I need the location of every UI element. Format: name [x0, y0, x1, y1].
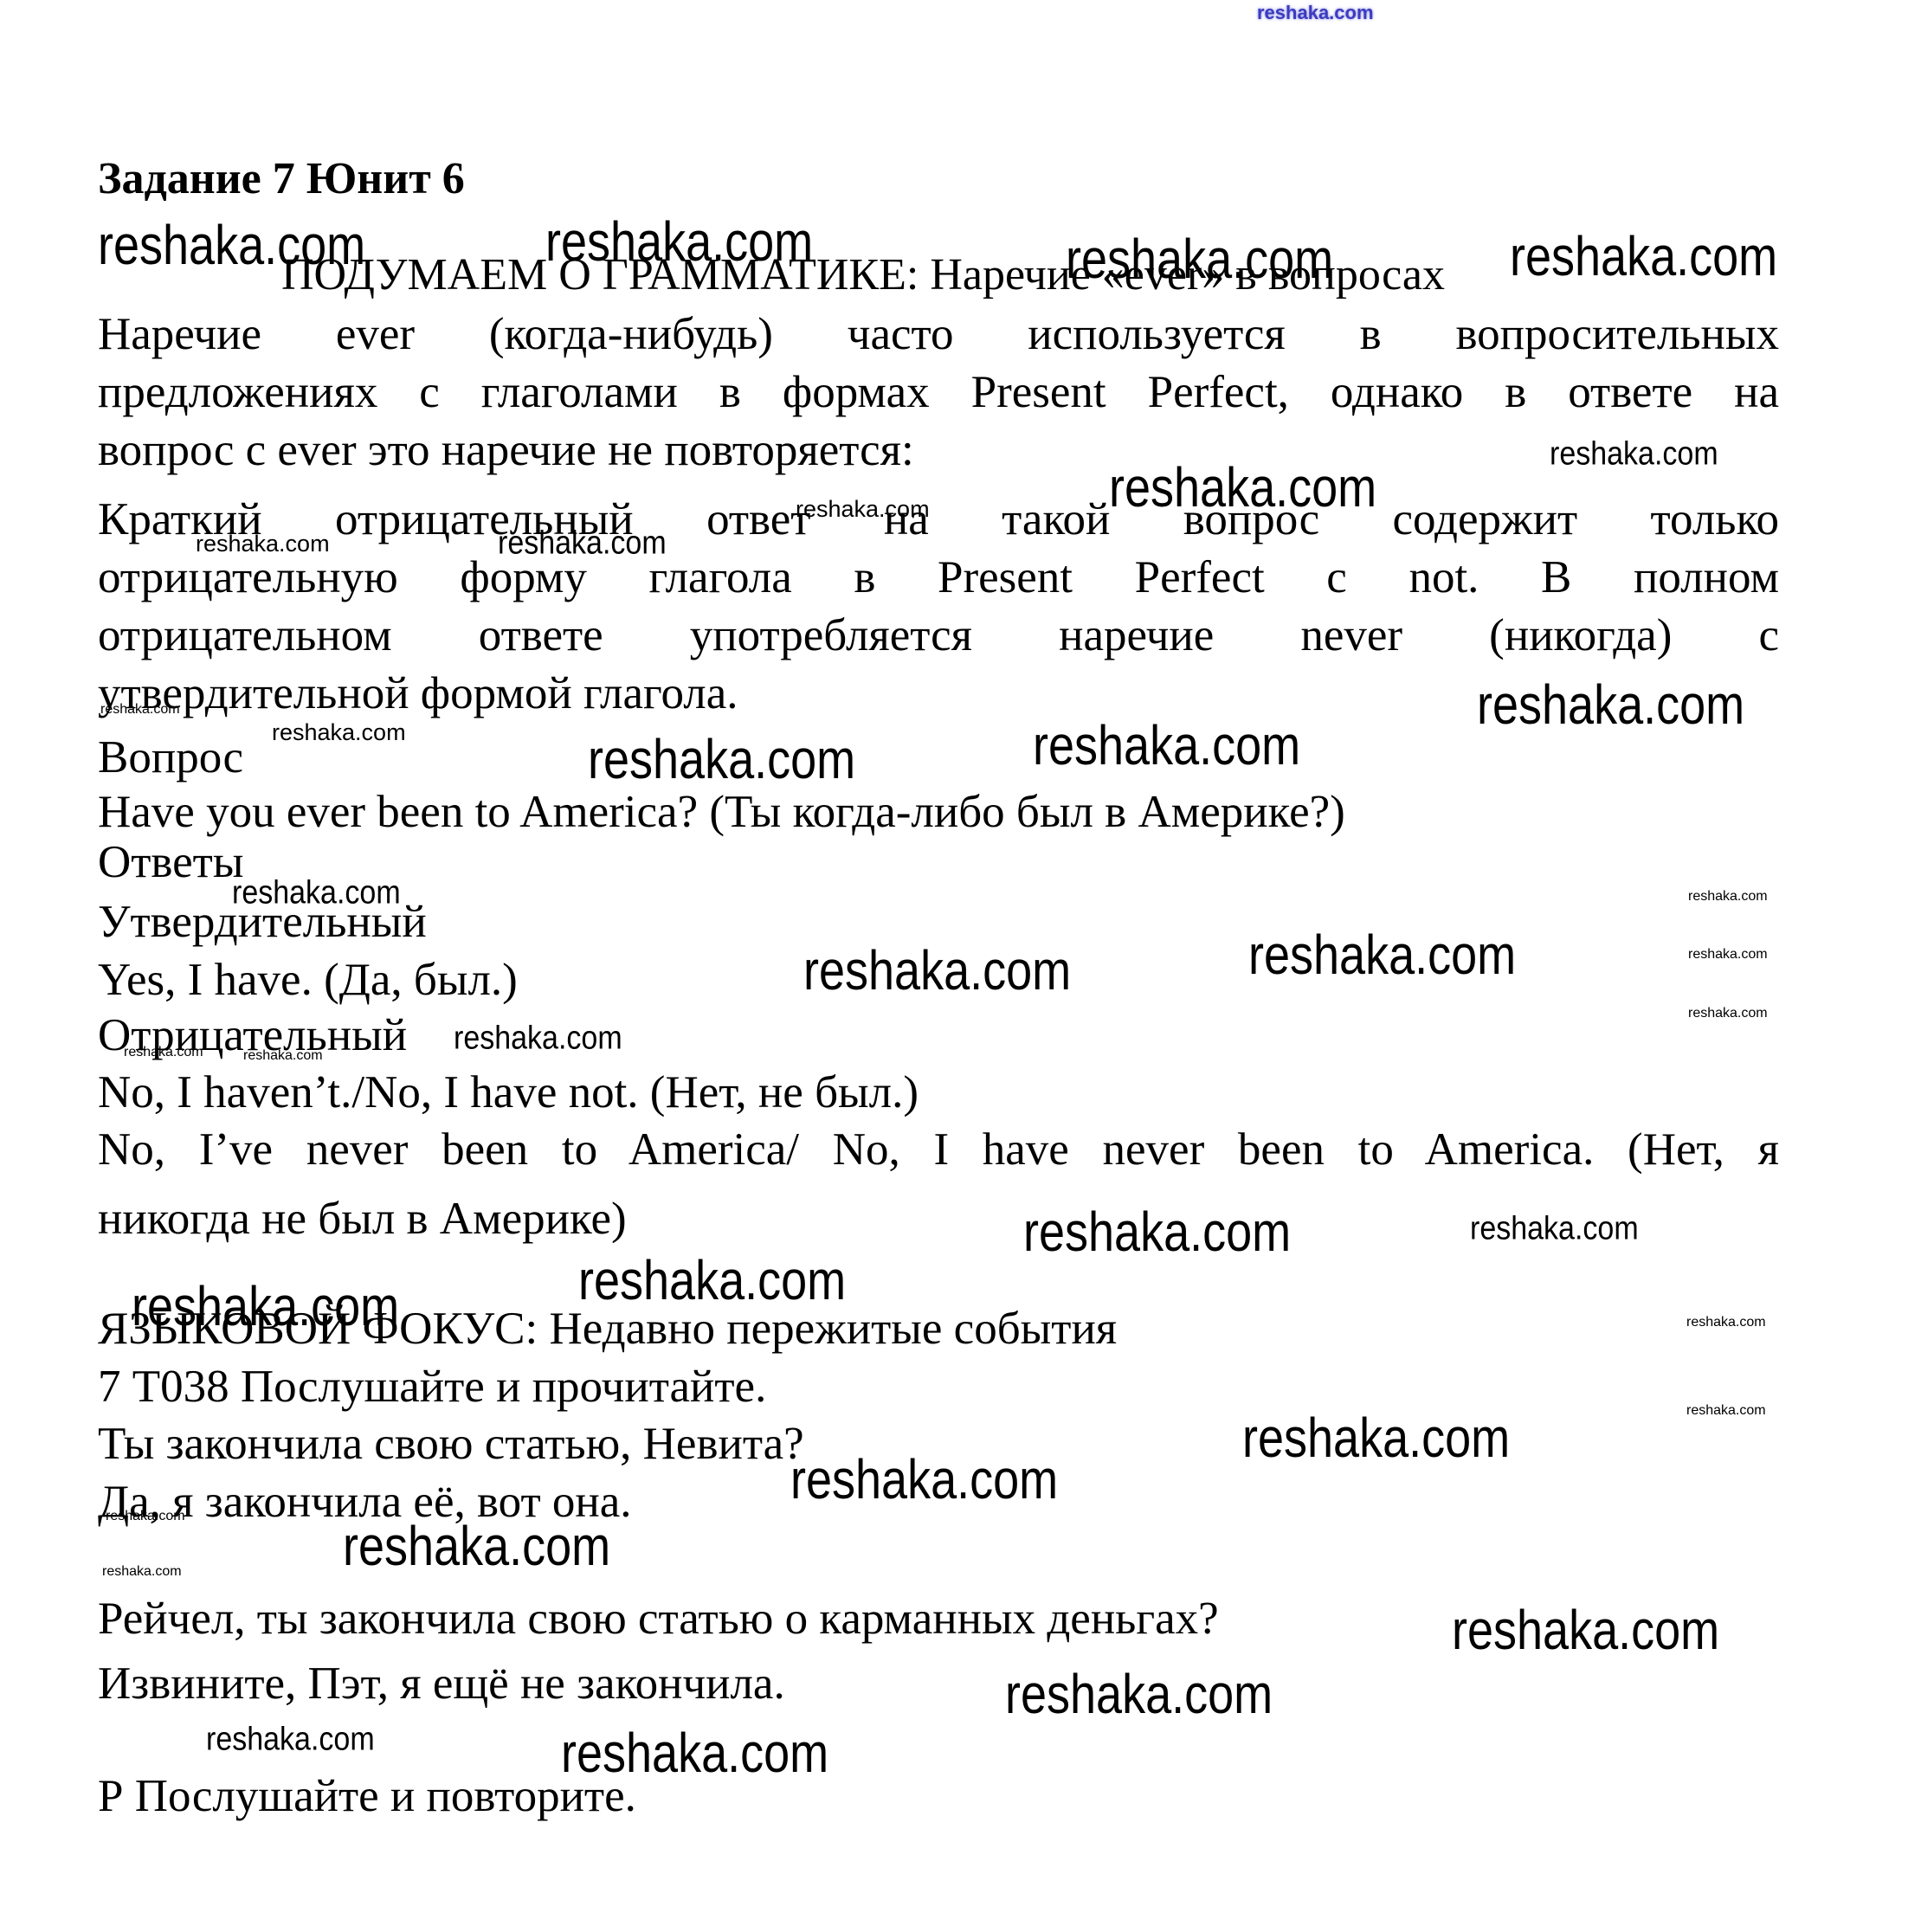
text-line: Извините, Пэт, я ещё не закончила.: [98, 1658, 1779, 1710]
text-line: Have you ever been to America? (Ты когда…: [98, 786, 1779, 839]
text-line: Рейчел, ты закончила свою статью о карма…: [98, 1593, 1779, 1645]
text-line: предложениях с глаголами в формах Presen…: [98, 366, 1779, 419]
text-line: отрицательную форму глагола в Present Pe…: [98, 551, 1779, 604]
text-line: Отрицательный: [98, 1009, 1779, 1062]
text-line: Ты закончила свою статью, Невита?: [98, 1418, 1779, 1471]
document-page: { "page": { "background": "#ffffff", "te…: [0, 0, 1921, 1932]
text-line: Наречие ever (когда-нибудь) часто исполь…: [98, 308, 1779, 361]
text-line: вопрос с ever это наречие не повторяется…: [98, 424, 1779, 477]
text-line: No, I haven’t./No, I have not. (Нет, не …: [98, 1066, 1779, 1119]
text-line: Ответы: [98, 836, 1779, 889]
text-line: Утвердительный: [98, 896, 1779, 949]
text-line: отрицательном ответе употребляется нареч…: [98, 609, 1779, 662]
text-line: 7 Т038 Послушайте и прочитайте.: [98, 1361, 1779, 1414]
text-line: Р Послушайте и повторите.: [98, 1770, 1779, 1823]
text-line: No, I’ve never been to America/ No, I ha…: [98, 1124, 1779, 1176]
text-line: утвердительной формой глагола.: [98, 667, 1779, 720]
text-layer: Наречие ever (когда-нибудь) часто исполь…: [0, 0, 1921, 1932]
text-line: Yes, I have. (Да, был.): [98, 954, 1779, 1007]
text-line: Краткий отрицательный ответ на такой воп…: [98, 493, 1779, 546]
text-line: ЯЗЫКОВОЙ ФОКУС: Недавно пережитые событи…: [98, 1303, 1779, 1356]
text-line: никогда не был в Америке): [98, 1193, 1779, 1246]
text-line: Вопрос: [98, 731, 1779, 784]
text-line: Да, я закончила её, вот она.: [98, 1476, 1779, 1529]
